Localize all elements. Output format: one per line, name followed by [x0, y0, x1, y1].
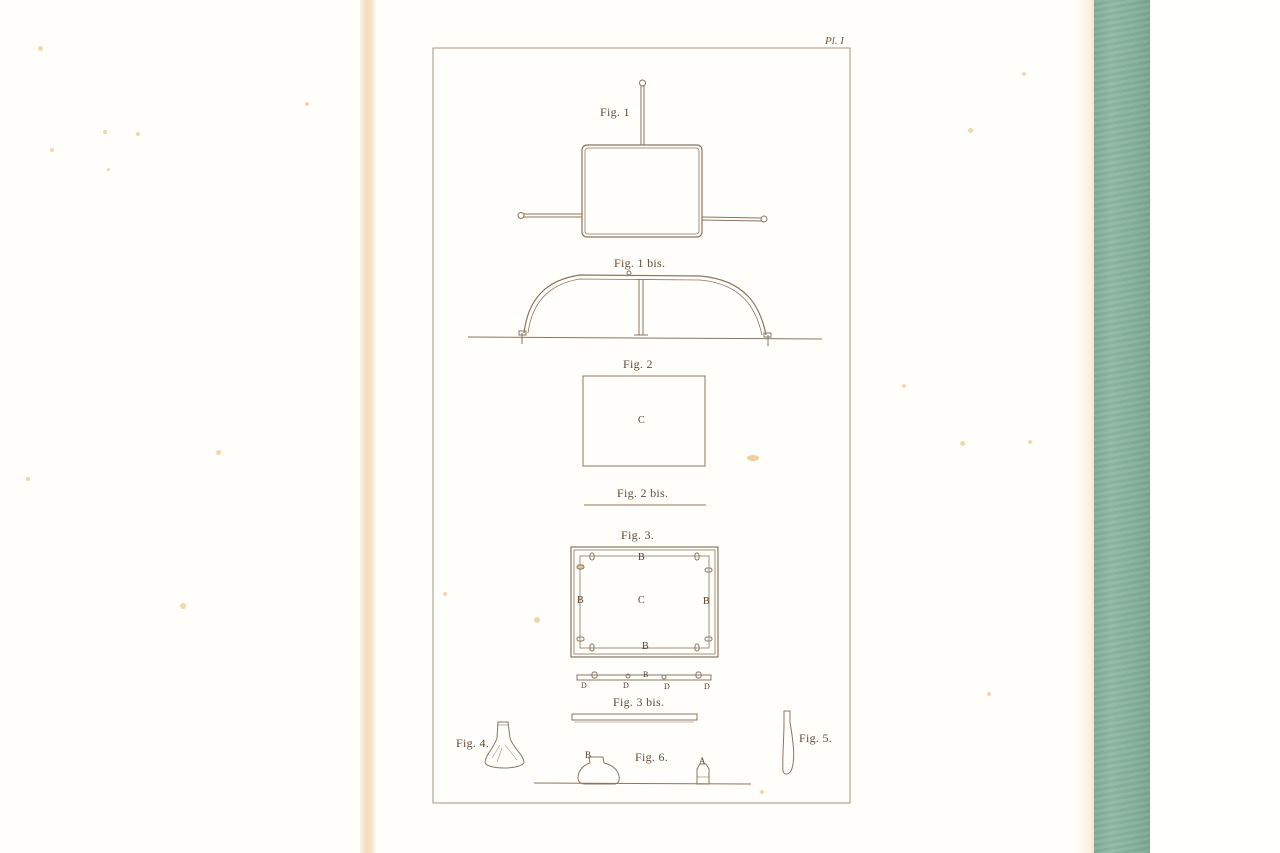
strip-letter-d1: D [581, 681, 587, 690]
fig1bis-label: Fig. 1 bis. [614, 256, 665, 271]
strip-letter-d3: D [664, 682, 670, 691]
fig2-label: Fig. 2 [623, 357, 653, 372]
fig3bis-drawing [572, 714, 697, 722]
strip-letter-d4: D [704, 682, 710, 691]
fig5-label: Fig. 5. [799, 731, 832, 746]
fig1-label: Fig. 1 [600, 105, 630, 120]
strip-letter-d2: D [623, 681, 629, 690]
fig4-drawing [485, 722, 524, 768]
fig3-letter-b-left: B [577, 595, 584, 606]
fig3bis-label: Fig. 3 bis. [613, 695, 664, 710]
strip-letter-b: B [643, 670, 648, 679]
fig6-letter-a: A [699, 756, 706, 766]
fig1-drawing [518, 80, 767, 237]
fig2-letter-c: C [638, 415, 645, 426]
fig3-letter-b-top: B [638, 552, 645, 563]
fig3-letter-b-right: B [703, 596, 710, 607]
engraved-plate [0, 0, 1280, 853]
fig5-drawing [783, 711, 794, 774]
fig4-label: Fig. 4. [456, 736, 489, 751]
fig1bis-drawing [468, 271, 822, 346]
fig3-letter-b-bottom: B [642, 641, 649, 652]
fig3-letter-c: C [638, 595, 645, 606]
plate-number: Pl. I [825, 35, 844, 47]
fig2bis-label: Fig. 2 bis. [617, 486, 668, 501]
fig3-label: Fig. 3. [621, 528, 654, 543]
fig6-label: Fig. 6. [635, 750, 668, 765]
fig6-letter-b: B [585, 750, 591, 760]
